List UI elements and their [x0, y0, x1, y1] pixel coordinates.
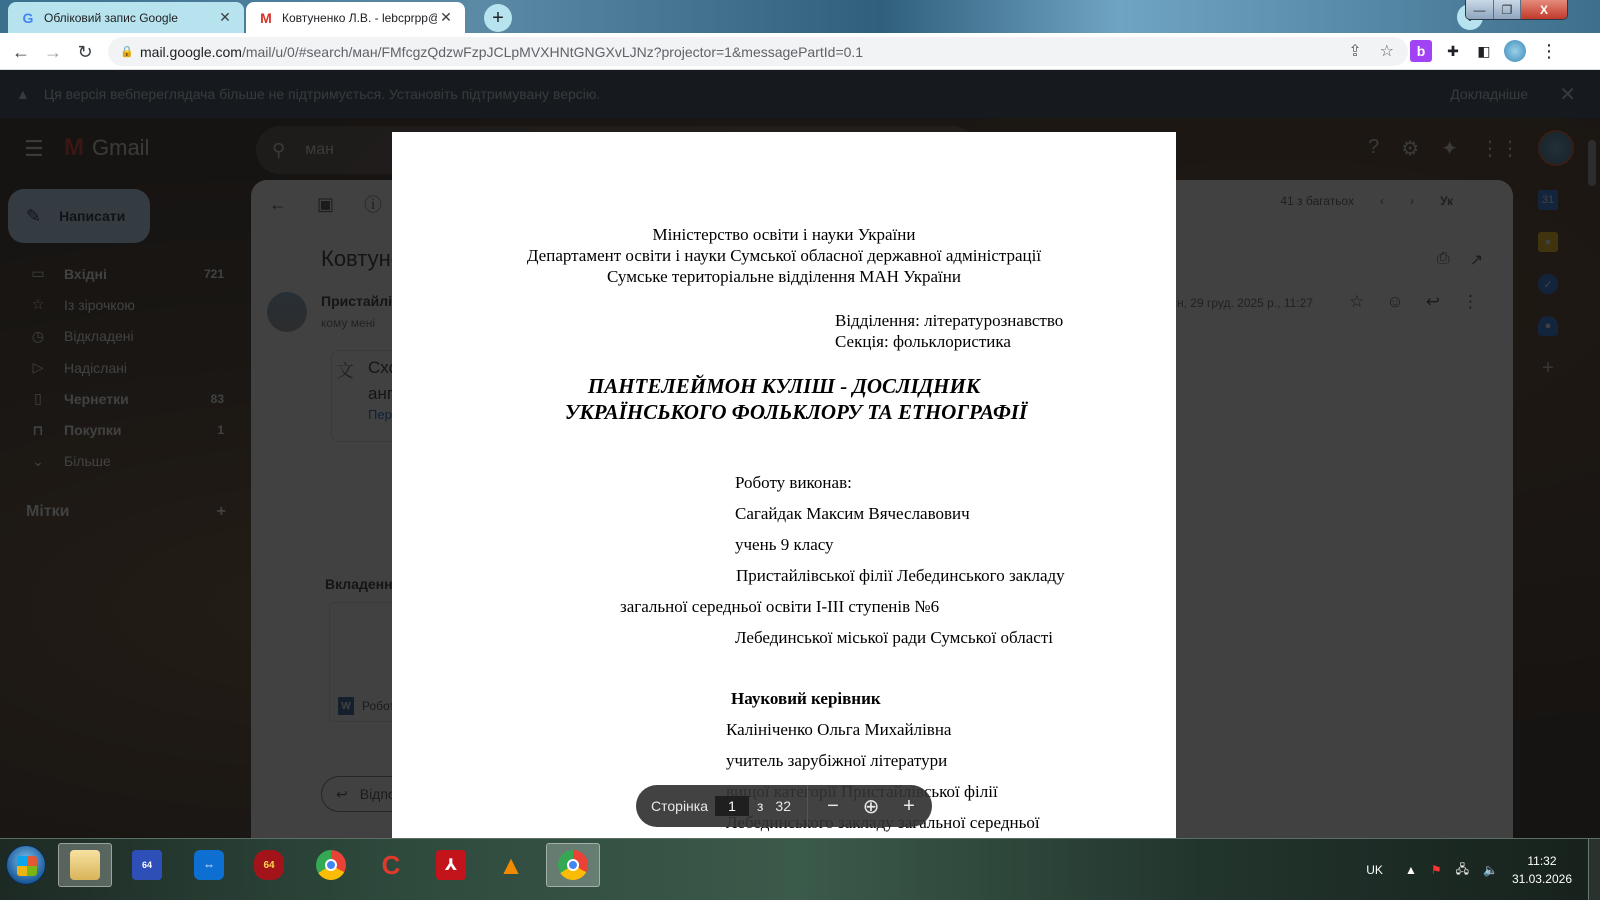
doc-header-line: Міністерство освіти і науки України [392, 225, 1176, 245]
network-icon[interactable]: 🖧 [1456, 860, 1469, 881]
show-hidden-icons[interactable]: ▲ [1405, 863, 1417, 877]
tab-google-account[interactable]: G Обліковий запис Google ✕ [8, 2, 244, 33]
clock[interactable]: 11:32 31.03.2026 [1512, 852, 1572, 888]
url-host: mail.google.com [140, 44, 242, 60]
close-window-button[interactable]: X [1520, 0, 1567, 19]
doc-supervisor-label: Науковий керівник [731, 689, 881, 709]
url-path: /mail/u/0/#search/ман/FMfcgzQdzwFzpJCLpM… [242, 44, 863, 60]
extensions-puzzle-icon[interactable]: ✚ [1442, 40, 1464, 62]
doc-author-school: загальної середньої освіти І-ІІІ ступені… [620, 597, 939, 617]
doc-author-school: Лебединської міської ради Сумської облас… [735, 628, 1053, 648]
document-page: Міністерство освіти і науки України Депа… [392, 132, 1176, 838]
doc-department: Відділення: літературознавство [835, 311, 1063, 331]
doc-header-line: Сумське територіальне відділення МАН Укр… [392, 267, 1176, 287]
doc-title-line: УКРАЇНСЬКОГО ФОЛЬКЛОРУ ТА ЕТНОГРАФІЇ [404, 399, 1176, 425]
windows-logo-icon [17, 856, 37, 876]
clock-date: 31.03.2026 [1512, 870, 1572, 888]
screen: G Обліковий запис Google ✕ M Ковтуненко … [0, 0, 1600, 900]
show-desktop-button[interactable] [1588, 839, 1600, 900]
profile-avatar[interactable] [1504, 40, 1526, 62]
zoom-fit-button[interactable]: ⊕ [852, 794, 890, 819]
bookmark-star-icon[interactable]: ☆ [1380, 41, 1394, 61]
page-of-label: з [757, 798, 763, 814]
page-label: Сторінка [651, 798, 708, 814]
folder-icon [70, 850, 100, 880]
doc-supervisor-name: Калініченко Ольга Михайлівна [726, 720, 951, 740]
tab-gmail[interactable]: M Ковтуненко Л.В. - lebcprpp@gm ✕ [246, 2, 465, 33]
doc-author-label: Роботу виконав: [735, 473, 852, 493]
browser-tab-strip: G Обліковий запис Google ✕ M Ковтуненко … [0, 0, 1600, 33]
close-tab-icon[interactable]: ✕ [216, 9, 234, 26]
back-button[interactable]: ← [8, 39, 34, 65]
teamviewer-icon: ⇔ [194, 850, 224, 880]
zoom-out-button[interactable]: − [814, 795, 852, 818]
page-controls: Сторінка 1 з 32 − ⊕ + [636, 785, 932, 827]
page-total: 32 [775, 798, 791, 814]
language-indicator[interactable]: UK [1366, 863, 1383, 877]
action-center-flag-icon[interactable]: ⚑ [1431, 863, 1442, 877]
zoom-in-button[interactable]: + [890, 795, 928, 818]
clock-time: 11:32 [1512, 852, 1572, 870]
ccleaner-icon: C [376, 850, 406, 880]
taskbar-chrome[interactable] [304, 843, 358, 887]
adobe-reader-icon: ⅄ [436, 850, 466, 880]
doc-author-name: Сагайдак Максим Вячеславович [735, 504, 970, 524]
divider [807, 785, 808, 827]
taskbar-red-64-app[interactable]: 64 [242, 843, 296, 887]
lock-icon: 🔒 [120, 45, 132, 58]
taskbar-backup-app[interactable]: 64 [120, 843, 174, 887]
taskbar-chrome-active[interactable] [546, 843, 600, 887]
address-bar[interactable]: 🔒 mail.google.com/mail/u/0/#search/ман/F… [108, 37, 1408, 66]
taskbar-adobe-reader[interactable]: ⅄ [424, 843, 478, 887]
doc-header-line: Департамент освіти і науки Сумської обла… [392, 246, 1176, 266]
window-controls: — ❐ X [1465, 0, 1568, 20]
system-tray: UK ▲ ⚑ 🖧 🔈 11:32 31.03.2026 [1366, 839, 1600, 900]
minimize-button[interactable]: — [1466, 0, 1493, 19]
doc-author-grade: учень 9 класу [735, 535, 834, 555]
start-button[interactable] [6, 845, 46, 885]
doc-section: Секція: фольклористика [835, 332, 1011, 352]
floppy-disk-icon: 64 [132, 850, 162, 880]
tab-title: Обліковий запис Google [44, 11, 216, 25]
page-number-input[interactable]: 1 [715, 796, 749, 816]
browser-menu-icon[interactable]: ⋮ [1538, 40, 1560, 62]
forward-button[interactable]: → [40, 39, 66, 65]
share-icon[interactable]: ⇪ [1348, 41, 1361, 61]
doc-author-school: Пристайлівської філії Лебединського закл… [736, 566, 1065, 586]
arrow-left-icon: ← [12, 42, 30, 63]
gmail-icon: M [258, 10, 274, 26]
chrome-icon [316, 850, 346, 880]
volume-icon[interactable]: 🔈 [1483, 863, 1498, 877]
reload-icon: ↻ [77, 42, 92, 63]
google-g-icon: G [20, 10, 36, 26]
browser-toolbar: ← → ↻ 🔒 mail.google.com/mail/u/0/#search… [0, 33, 1600, 70]
vlc-cone-icon: ▲ [496, 850, 526, 880]
chrome-icon [558, 850, 588, 880]
taskbar-vlc[interactable]: ▲ [484, 843, 538, 887]
windows-taskbar: 64 ⇔ 64 C ⅄ ▲ UK ▲ ⚑ 🖧 🔈 11:32 31.03.202… [0, 838, 1600, 900]
taskbar-ccleaner[interactable]: C [364, 843, 418, 887]
taskbar-explorer[interactable] [58, 843, 112, 887]
new-tab-button[interactable]: + [484, 4, 512, 32]
extension-b-icon[interactable]: b [1410, 40, 1432, 62]
doc-supervisor-role: учитель зарубіжної літератури [726, 751, 947, 771]
reload-button[interactable]: ↻ [72, 39, 98, 65]
tab-title: Ковтуненко Л.В. - lebcprpp@gm [282, 11, 437, 25]
url-text: mail.google.com/mail/u/0/#search/ман/FMf… [140, 44, 863, 60]
doc-title-line: ПАНТЕЛЕЙМОН КУЛІШ - ДОСЛІДНИК [392, 373, 1176, 399]
red-64-app-icon: 64 [254, 850, 284, 880]
maximize-button[interactable]: ❐ [1493, 0, 1520, 19]
side-panel-icon[interactable]: ◧ [1473, 40, 1495, 62]
omnibox-actions: ⇪ ☆ [1348, 41, 1394, 61]
close-tab-icon[interactable]: ✕ [437, 9, 455, 26]
taskbar-teamviewer[interactable]: ⇔ [182, 843, 236, 887]
arrow-right-icon: → [44, 42, 62, 63]
